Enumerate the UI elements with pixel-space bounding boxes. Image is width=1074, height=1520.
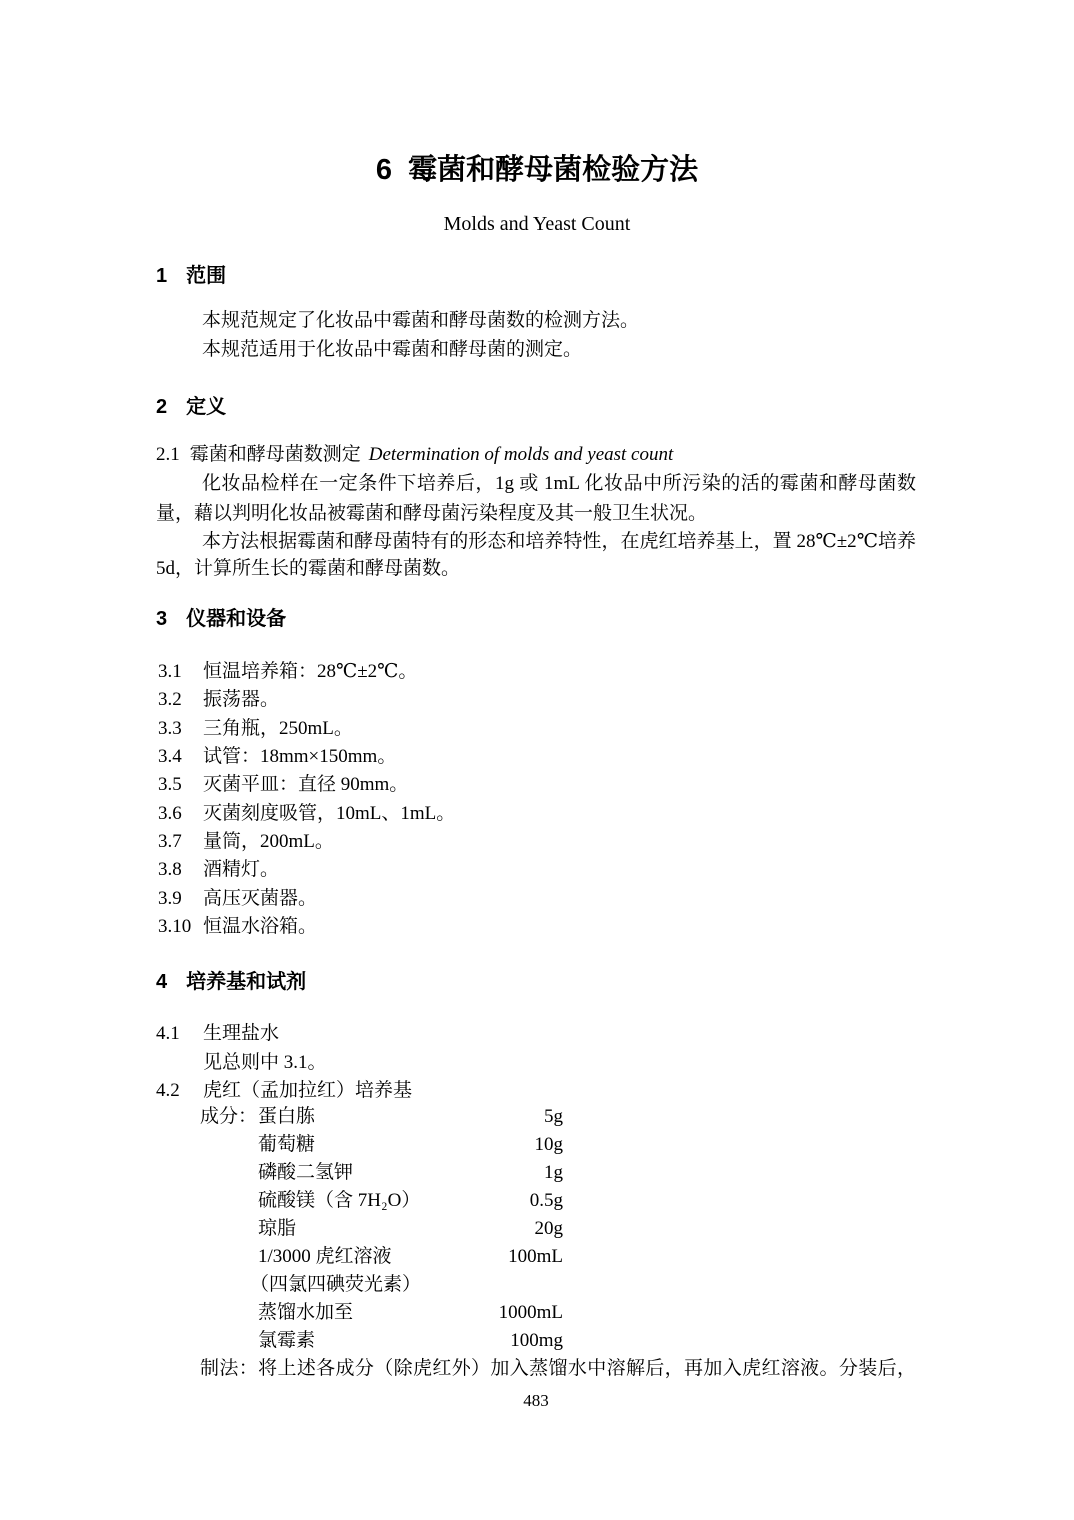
para-line: 本规范适用于化妆品中霉菌和酵母菌的测定。 [202, 339, 582, 361]
ingredient-row: 琼脂 20g [0, 1218, 1074, 1240]
page-number: 483 [156, 1391, 916, 1411]
section-1-heading: 1范围 [156, 264, 226, 288]
equipment-item: 3.10恒温水浴箱。 [158, 916, 317, 938]
ingredient-name: 磷酸二氢钾 [258, 1162, 353, 1184]
ingredient-amount: 5g [420, 1106, 563, 1128]
ingredient-name: （四氯四碘荧光素） [250, 1274, 421, 1296]
para-line: 本方法根据霉菌和酵母菌特有的形态和培养特性，在虎红培养基上，置 28℃±2℃培养 [156, 531, 916, 553]
para-line: 量，藉以判明化妆品被霉菌和酵母菌污染程度及其一般卫生状况。 [156, 503, 707, 525]
ingredient-name: 氯霉素 [258, 1330, 315, 1352]
ingredient-amount: 100mg [420, 1330, 563, 1352]
ingredients-label: 成分： [200, 1106, 257, 1128]
para-line: 化妆品检样在一定条件下培养后，1g 或 1mL 化妆品中所污染的活的霉菌和酵母菌… [156, 473, 916, 495]
method-text: 将上述各成分（除虎红外）加入蒸馏水中溶解后，再加入虎红溶液。分装后， [258, 1358, 916, 1379]
method-label: 制法： [200, 1358, 258, 1379]
item-number: 3.2 [158, 689, 203, 711]
equipment-item: 3.1恒温培养箱：28℃±2℃。 [158, 661, 417, 683]
doc-title-text: 霉菌和酵母菌检验方法 [408, 154, 698, 186]
ingredient-amount: 1000mL [420, 1302, 563, 1324]
ingredient-name: 蒸馏水加至 [258, 1302, 353, 1324]
subsection-2-1-heading: 2.1霉菌和酵母菌数测定Determination of molds and y… [156, 444, 673, 466]
ingredient-row: （四氯四碘荧光素） [0, 1274, 1074, 1296]
ingredient-row: 1/3000 虎红溶液 100mL [0, 1246, 1074, 1268]
subsection-title: 虎红（孟加拉红）培养基 [203, 1080, 412, 1101]
ingredient-name: 琼脂 [258, 1218, 296, 1240]
subsection-4-1-heading: 4.1生理盐水 [156, 1023, 279, 1045]
ingredient-amount: 10g [420, 1134, 563, 1156]
item-number: 3.8 [158, 859, 203, 881]
method-line: 制法：将上述各成分（除虎红外）加入蒸馏水中溶解后，再加入虎红溶液。分装后， [200, 1358, 916, 1380]
para-line: 5d，计算所生长的霉菌和酵母菌数。 [156, 558, 460, 580]
heading-text: 范围 [186, 265, 226, 287]
item-text: 试管：18mm×150mm。 [203, 746, 396, 767]
ingredient-row: 氯霉素 100mg [0, 1330, 1074, 1352]
item-number: 3.9 [158, 888, 203, 910]
heading-number: 3 [156, 608, 167, 630]
item-text: 高压灭菌器。 [203, 888, 317, 909]
item-number: 3.10 [158, 916, 203, 938]
heading-text: 定义 [186, 396, 226, 418]
equipment-item: 3.5灭菌平皿：直径 90mm。 [158, 774, 408, 796]
subsection-number: 2.1 [156, 444, 180, 465]
ingredient-row: 葡萄糖 10g [0, 1134, 1074, 1156]
item-number: 3.3 [158, 718, 203, 740]
doc-title-number: 6 [376, 154, 392, 186]
equipment-item: 3.9高压灭菌器。 [158, 888, 317, 910]
para-line: 见总则中 3.1。 [203, 1052, 327, 1074]
heading-text: 培养基和试剂 [186, 971, 306, 993]
subsection-number: 4.2 [156, 1080, 203, 1102]
heading-number: 4 [156, 971, 167, 993]
section-3-heading: 3仪器和设备 [156, 607, 286, 631]
section-4-heading: 4培养基和试剂 [156, 970, 306, 994]
item-number: 3.1 [158, 661, 203, 683]
heading-number: 1 [156, 265, 167, 287]
ingredient-amount: 20g [420, 1218, 563, 1240]
ingredient-name: 1/3000 虎红溶液 [258, 1246, 392, 1268]
equipment-item: 3.6灭菌刻度吸管，10mL、1mL。 [158, 803, 455, 825]
item-text: 三角瓶，250mL。 [203, 718, 353, 739]
equipment-item: 3.7量筒，200mL。 [158, 831, 334, 853]
ingredient-row: 成分： 蛋白胨 5g [0, 1106, 1074, 1128]
item-text: 振荡器。 [203, 689, 279, 710]
equipment-item: 3.4试管：18mm×150mm。 [158, 746, 396, 768]
ingredient-name: 硫酸镁（含 7H₂O） [258, 1190, 420, 1212]
heading-text: 仪器和设备 [186, 608, 286, 630]
doc-subtitle: Molds and Yeast Count [0, 212, 1074, 236]
document-page: 6霉菌和酵母菌检验方法 Molds and Yeast Count 1范围 本规… [0, 0, 1074, 1520]
equipment-item: 3.3三角瓶，250mL。 [158, 718, 353, 740]
doc-title: 6霉菌和酵母菌检验方法 [0, 152, 1074, 188]
item-text: 灭菌平皿：直径 90mm。 [203, 774, 408, 795]
ingredient-row: 蒸馏水加至 1000mL [0, 1302, 1074, 1324]
item-number: 3.4 [158, 746, 203, 768]
ingredient-row: 磷酸二氢钾 1g [0, 1162, 1074, 1184]
ingredient-name: 葡萄糖 [258, 1134, 315, 1156]
section-2-heading: 2定义 [156, 395, 226, 419]
subsection-title-zh: 霉菌和酵母菌数测定 [190, 444, 361, 465]
ingredient-row: 硫酸镁（含 7H₂O） 0.5g [0, 1190, 1074, 1212]
ingredient-name: 蛋白胨 [258, 1106, 315, 1128]
ingredient-amount: 100mL [420, 1246, 563, 1268]
subsection-title: 生理盐水 [203, 1023, 279, 1044]
item-text: 量筒，200mL。 [203, 831, 334, 852]
item-text: 酒精灯。 [203, 859, 279, 880]
item-number: 3.5 [158, 774, 203, 796]
item-text: 灭菌刻度吸管，10mL、1mL。 [203, 803, 455, 824]
subsection-title-en: Determination of molds and yeast count [369, 444, 674, 465]
heading-number: 2 [156, 396, 167, 418]
para-line: 本规范规定了化妆品中霉菌和酵母菌数的检测方法。 [202, 310, 639, 332]
equipment-item: 3.8酒精灯。 [158, 859, 279, 881]
subsection-number: 4.1 [156, 1023, 203, 1045]
item-number: 3.6 [158, 803, 203, 825]
ingredient-amount: 0.5g [420, 1190, 563, 1212]
item-number: 3.7 [158, 831, 203, 853]
ingredient-amount: 1g [420, 1162, 563, 1184]
equipment-item: 3.2振荡器。 [158, 689, 279, 711]
item-text: 恒温水浴箱。 [203, 916, 317, 937]
item-text: 恒温培养箱：28℃±2℃。 [203, 661, 417, 682]
subsection-4-2-heading: 4.2虎红（孟加拉红）培养基 [156, 1080, 412, 1102]
